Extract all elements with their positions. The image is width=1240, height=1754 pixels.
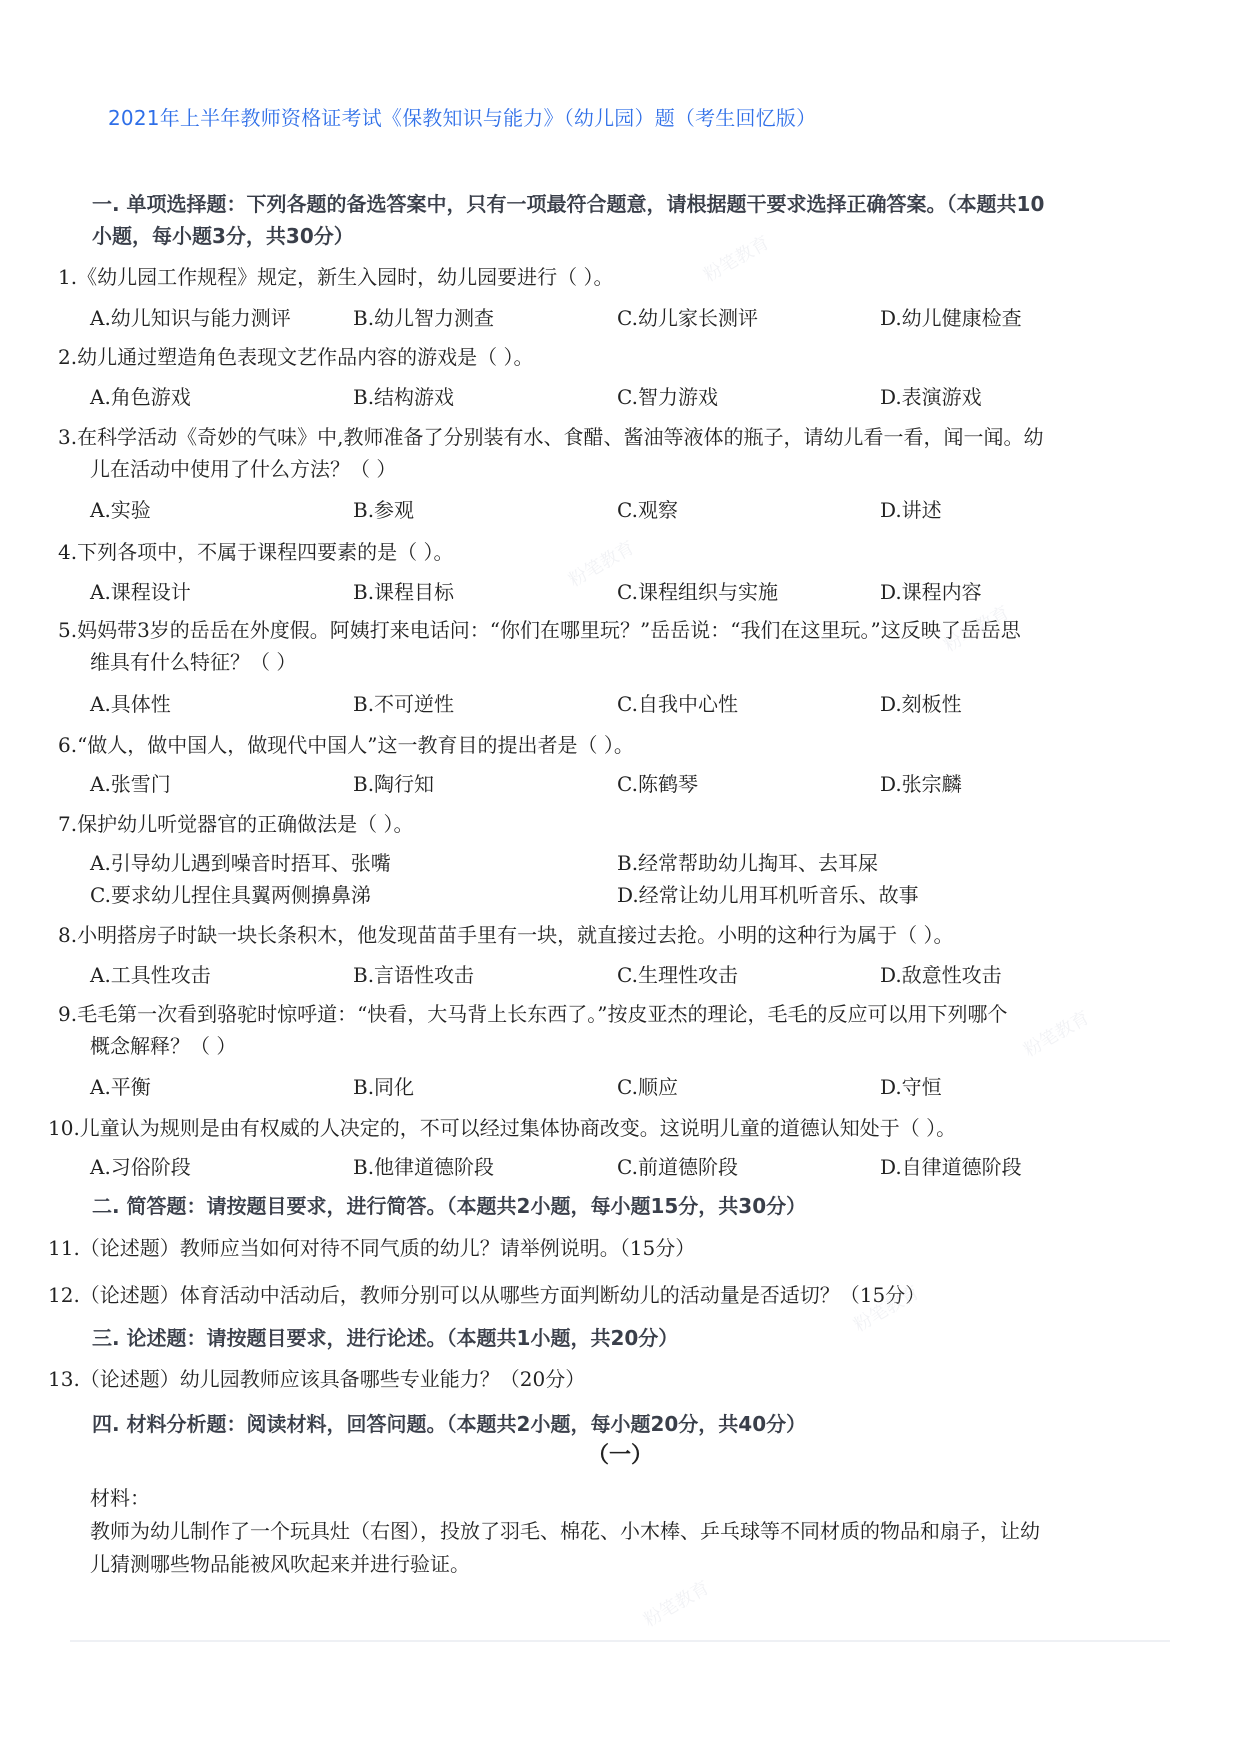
- section-4-heading: 四. 材料分析题：阅读材料，回答问题。（本题共2小题，每小题20分，共40分）: [92, 1408, 1152, 1440]
- option-a: A.引导幼儿遇到噪音时捂耳、张嘴: [90, 847, 391, 876]
- material-block: 材料： 教师为幼儿制作了一个玩具灶（右图），投放了羽毛、棉花、小木棒、乒乓球等不…: [90, 1482, 1150, 1581]
- question-4: 4.下列各项中，不属于课程四要素的是（ ）。: [58, 536, 1158, 568]
- option-c: C.前道德阶段: [617, 1151, 738, 1180]
- option-b: B.参观: [353, 494, 414, 523]
- document-title: 2021年上半年教师资格证考试《保教知识与能力》（幼儿园）题（考生回忆版）: [108, 102, 816, 131]
- section-1-heading-line1: 一. 单项选择题：下列各题的备选答案中，只有一项最符合题意，请根据题干要求选择正…: [92, 188, 1152, 220]
- option-b: B.同化: [353, 1071, 414, 1100]
- material-label: 材料：: [90, 1482, 1150, 1515]
- material-text-line2: 儿猜测哪些物品能被风吹起来并进行验证。: [90, 1548, 1150, 1581]
- footer-divider: [70, 1640, 1170, 1642]
- question-6: 6.“做人，做中国人，做现代中国人”这一教育目的提出者是（ ）。: [58, 729, 1158, 761]
- question-3-options: A.实验 B.参观 C.观察 D.讲述: [90, 494, 1170, 526]
- option-d: D.张宗麟: [880, 768, 962, 797]
- option-a: A.习俗阶段: [90, 1151, 191, 1180]
- question-3-line2: 儿在活动中使用了什么方法？（ ）: [58, 453, 1158, 485]
- question-10: 10.儿童认为规则是由有权威的人决定的，不可以经过集体协商改变。这说明儿童的道德…: [48, 1112, 1148, 1144]
- option-b: B.言语性攻击: [353, 959, 474, 988]
- question-1-options: A.幼儿知识与能力测评 B.幼儿智力测查 C.幼儿家长测评 D.幼儿健康检查: [90, 302, 1170, 334]
- option-c: C.生理性攻击: [617, 959, 738, 988]
- option-d: D.幼儿健康检查: [880, 302, 1022, 331]
- option-b: B.陶行知: [353, 768, 434, 797]
- option-d: D.守恒: [880, 1071, 942, 1100]
- option-d: D.讲述: [880, 494, 942, 523]
- question-12: 12.（论述题）体育活动中活动后，教师分别可以从哪些方面判断幼儿的活动量是否适切…: [48, 1279, 1148, 1311]
- option-c: C.自我中心性: [617, 688, 738, 717]
- option-b: B.课程目标: [353, 576, 454, 605]
- option-c: C.陈鹤琴: [617, 768, 698, 797]
- question-4-options: A.课程设计 B.课程目标 C.课程组织与实施 D.课程内容: [90, 576, 1170, 608]
- question-7-options-row1: A.引导幼儿遇到噪音时捂耳、张嘴 B.经常帮助幼儿掏耳、去耳屎: [90, 847, 1170, 879]
- question-1: 1.《幼儿园工作规程》规定，新生入园时，幼儿园要进行（ ）。: [58, 261, 1158, 293]
- option-d: D.课程内容: [880, 576, 982, 605]
- option-d: D.自律道德阶段: [880, 1151, 1022, 1180]
- question-9-line1: 9.毛毛第一次看到骆驼时惊呼道：“快看，大马背上长东西了。”按皮亚杰的理论，毛毛…: [58, 998, 1158, 1030]
- section-1-heading-line2: 小题，每小题3分，共30分）: [92, 220, 1152, 252]
- question-9-line2: 概念解释？（ ）: [58, 1030, 1158, 1062]
- option-c: C.观察: [617, 494, 678, 523]
- question-3-line1: 3.在科学活动《奇妙的气味》中,教师准备了分别装有水、食醋、酱油等液体的瓶子，请…: [58, 421, 1158, 453]
- option-c: C.要求幼儿捏住具翼两侧擤鼻涕: [90, 879, 371, 908]
- question-5-line1: 5.妈妈带3岁的岳岳在外度假。阿姨打来电话问：“你们在哪里玩？”岳岳说：“我们在…: [58, 614, 1158, 646]
- question-5-line2: 维具有什么特征？（ ）: [58, 646, 1158, 678]
- option-d: D.刻板性: [880, 688, 962, 717]
- option-c: C.幼儿家长测评: [617, 302, 758, 331]
- question-2-options: A.角色游戏 B.结构游戏 C.智力游戏 D.表演游戏: [90, 381, 1170, 413]
- option-d: D.敌意性攻击: [880, 959, 1002, 988]
- option-b: B.他律道德阶段: [353, 1151, 494, 1180]
- question-8-options: A.工具性攻击 B.言语性攻击 C.生理性攻击 D.敌意性攻击: [90, 959, 1170, 991]
- option-b: B.经常帮助幼儿掏耳、去耳屎: [617, 847, 878, 876]
- section-2-heading: 二. 简答题：请按题目要求，进行简答。（本题共2小题，每小题15分，共30分）: [92, 1190, 1152, 1222]
- option-c: C.课程组织与实施: [617, 576, 778, 605]
- question-2: 2.幼儿通过塑造角色表现文艺作品内容的游戏是（ ）。: [58, 341, 1158, 373]
- question-7-options-row2: C.要求幼儿捏住具翼两侧擤鼻涕 D.经常让幼儿用耳机听音乐、故事: [90, 879, 1170, 911]
- option-a: A.具体性: [90, 688, 171, 717]
- option-c: C.顺应: [617, 1071, 678, 1100]
- option-b: B.不可逆性: [353, 688, 454, 717]
- section-1-heading: 一. 单项选择题：下列各题的备选答案中，只有一项最符合题意，请根据题干要求选择正…: [92, 188, 1152, 252]
- question-13: 13.（论述题）幼儿园教师应该具备哪些专业能力？（20分）: [48, 1363, 1148, 1395]
- question-5-options: A.具体性 B.不可逆性 C.自我中心性 D.刻板性: [90, 688, 1170, 720]
- material-text-line1: 教师为幼儿制作了一个玩具灶（右图），投放了羽毛、棉花、小木棒、乒乓球等不同材质的…: [90, 1515, 1150, 1548]
- watermark: 粉笔教育: [638, 1574, 713, 1633]
- option-a: A.张雪门: [90, 768, 171, 797]
- option-d: D.表演游戏: [880, 381, 982, 410]
- option-a: A.幼儿知识与能力测评: [90, 302, 291, 331]
- option-a: A.实验: [90, 494, 151, 523]
- question-5: 5.妈妈带3岁的岳岳在外度假。阿姨打来电话问：“你们在哪里玩？”岳岳说：“我们在…: [58, 614, 1158, 678]
- option-a: A.平衡: [90, 1071, 151, 1100]
- option-a: A.课程设计: [90, 576, 191, 605]
- option-a: A.角色游戏: [90, 381, 191, 410]
- option-c: C.智力游戏: [617, 381, 718, 410]
- option-b: B.幼儿智力测查: [353, 302, 494, 331]
- question-6-options: A.张雪门 B.陶行知 C.陈鹤琴 D.张宗麟: [90, 768, 1170, 800]
- option-d: D.经常让幼儿用耳机听音乐、故事: [617, 879, 919, 908]
- option-a: A.工具性攻击: [90, 959, 211, 988]
- question-9: 9.毛毛第一次看到骆驼时惊呼道：“快看，大马背上长东西了。”按皮亚杰的理论，毛毛…: [58, 998, 1158, 1062]
- question-8: 8.小明搭房子时缺一块长条积木，他发现苗苗手里有一块，就直接过去抢。小明的这种行…: [58, 919, 1158, 951]
- question-9-options: A.平衡 B.同化 C.顺应 D.守恒: [90, 1071, 1170, 1103]
- question-7: 7.保护幼儿听觉器官的正确做法是（ ）。: [58, 808, 1158, 840]
- question-3: 3.在科学活动《奇妙的气味》中,教师准备了分别装有水、食醋、酱油等液体的瓶子，请…: [58, 421, 1158, 485]
- question-10-options: A.习俗阶段 B.他律道德阶段 C.前道德阶段 D.自律道德阶段: [90, 1151, 1170, 1183]
- section-3-heading: 三. 论述题：请按题目要求，进行论述。（本题共1小题，共20分）: [92, 1322, 1152, 1354]
- material-sub-label: （一）: [0, 1438, 1240, 1469]
- option-b: B.结构游戏: [353, 381, 454, 410]
- question-11: 11.（论述题）教师应当如何对待不同气质的幼儿？请举例说明。（15分）: [48, 1232, 1148, 1264]
